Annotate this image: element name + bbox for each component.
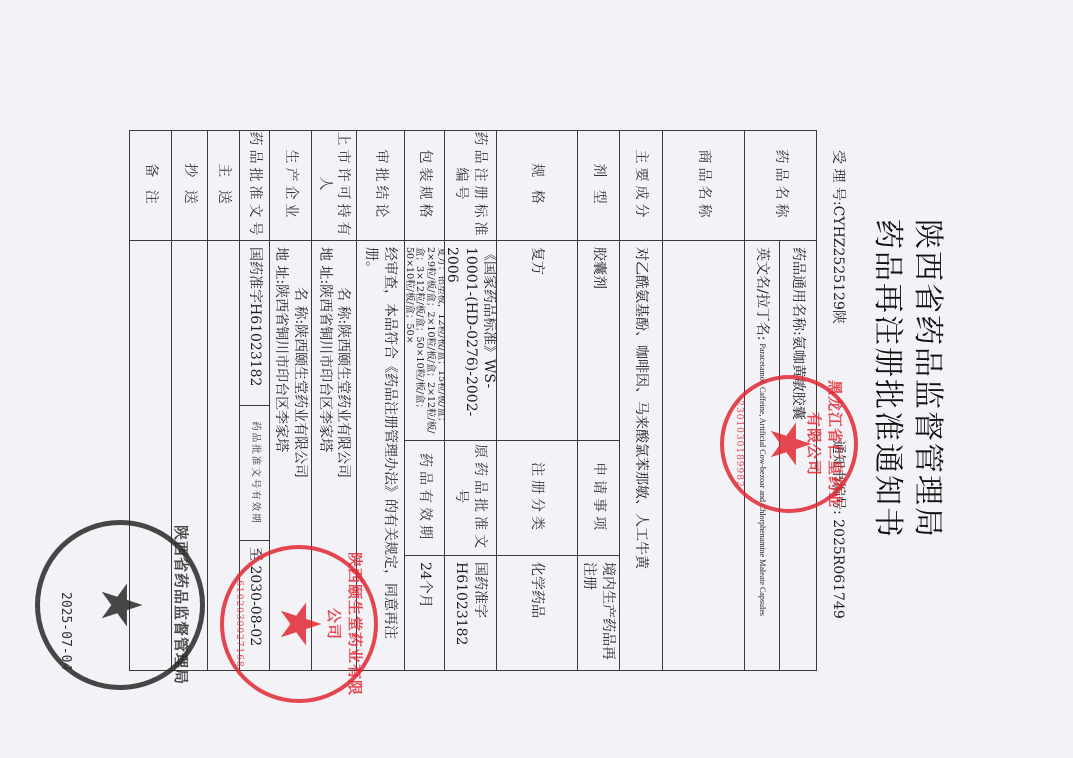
validity-label: 药品有效期 — [404, 440, 445, 556]
drug-name-label: 药品名称 — [744, 130, 817, 241]
notice-value: : 2025R061749 — [830, 510, 846, 619]
cc-label: 抄 送 — [171, 130, 208, 241]
manufacturer-value: 名 称:陕西颐生堂药业有限公司 地 址:陕西省铜川市印台区李家塔 — [269, 240, 312, 671]
mah-address-value: 陕西省铜川市印台区李家塔 — [317, 284, 333, 452]
application-item-value: 境内生产药品再注册 — [577, 555, 620, 671]
manufacturer-name-label: 名 称: — [292, 287, 308, 324]
acceptance-value: :CYHZ2525129陕 — [830, 201, 846, 324]
mah-address-label: 地 址: — [317, 247, 333, 284]
conclusion-label: 审批结论 — [356, 130, 405, 241]
approval-validity-value: 至 2030-08-02 — [239, 540, 270, 671]
notice-label: 通知书编号 — [830, 440, 846, 510]
acceptance-number: 受 理 号:CYHZ2525129陕 — [829, 150, 849, 324]
registration-category-label: 注册分类 — [496, 440, 578, 556]
mah-value: 名 称:陕西颐生堂药业有限公司 地 址:陕西省铜川市印台区李家塔 — [311, 240, 357, 671]
registration-category-value: 化学药品 — [496, 555, 578, 671]
trade-name-value — [662, 240, 745, 671]
main-recipient-label: 主 送 — [207, 130, 240, 241]
approval-no-label: 药品批准文号 — [239, 130, 270, 241]
packaging-value: 复方：铝塑板，12粒/板/盒；15粒/板/盒；2×9粒/板/盒；2×10粒/板/… — [404, 240, 445, 441]
specification-label: 规 格 — [496, 130, 578, 241]
remarks-value — [129, 240, 172, 671]
dosage-form-label: 剂 型 — [577, 130, 620, 241]
approval-no-value: 国药准字H61023182 — [239, 240, 270, 406]
english-name-value: Paracetamol, Caffeine, Artificial Cow-be… — [758, 343, 766, 615]
cc-value — [171, 240, 208, 671]
validity-value: 24个月 — [404, 555, 445, 671]
trade-name-label: 商品名称 — [662, 130, 745, 241]
remarks-label: 备 注 — [129, 130, 172, 241]
generic-name-label: 药品通用名称: — [789, 247, 807, 336]
original-approval-no-label: 原药品批准文号 — [444, 440, 497, 556]
mah-name-value: 陕西颐生堂药业有限公司 — [335, 324, 351, 478]
approval-notice-page: 陕西省药品监督管理局 药品再注册批准通知书 受 理 号:CYHZ2525129陕… — [0, 0, 1073, 758]
manufacturer-address-label: 地 址: — [274, 247, 290, 284]
manufacturer-label: 生产企业 — [269, 130, 312, 241]
issue-date: 2025-07-04 — [58, 592, 73, 670]
notice-number: 通知书编号: 2025R061749 — [829, 440, 849, 619]
ingredients-value: 对乙酰氨基酚、咖啡因、马来酸氯苯那敏、人工牛黄 — [619, 240, 663, 671]
standard-no-label: 药品注册标准编号 — [444, 130, 497, 241]
original-approval-no-value: 国药准字H61023182 — [444, 555, 497, 671]
document-title: 药品再注册批准通知书 — [869, 0, 913, 758]
generic-name-cell: 药品通用名称:氨咖黄敏胶囊 — [779, 240, 817, 671]
mah-label: 上市许可持有人 — [311, 130, 357, 241]
manufacturer-name-value: 陕西颐生堂药业有限公司 — [292, 324, 308, 478]
dosage-form-value: 胶囊剂 — [577, 240, 620, 441]
approval-validity-label: 药品批准文号有效期 — [239, 405, 270, 541]
generic-name-value: 氨咖黄敏胶囊 — [789, 336, 807, 420]
acceptance-label: 受 理 号 — [830, 150, 846, 201]
specification-value: 复方 — [496, 240, 578, 441]
english-name-label: 英文名/拉丁名: — [753, 247, 771, 340]
main-recipient-value — [207, 240, 240, 671]
manufacturer-address-value: 陕西省铜川市印台区李家塔 — [274, 284, 290, 452]
packaging-label: 包装规格 — [404, 130, 445, 241]
issuer-title: 陕西省药品监督管理局 — [909, 0, 953, 758]
english-name-cell: 英文名/拉丁名:Paracetamol, Caffeine, Artificia… — [744, 240, 780, 671]
ingredients-label: 主要成分 — [619, 130, 663, 241]
application-item-label: 申请事项 — [577, 440, 620, 556]
mah-name-label: 名 称: — [335, 287, 351, 324]
standard-no-value: 《国家药品标准》WS-10001-(HD-0276)-2002-2006 — [444, 240, 497, 441]
conclusion-value: 经审查，本品符合《药品注册管理办法》的有关规定，同意再注册。 — [356, 240, 405, 671]
